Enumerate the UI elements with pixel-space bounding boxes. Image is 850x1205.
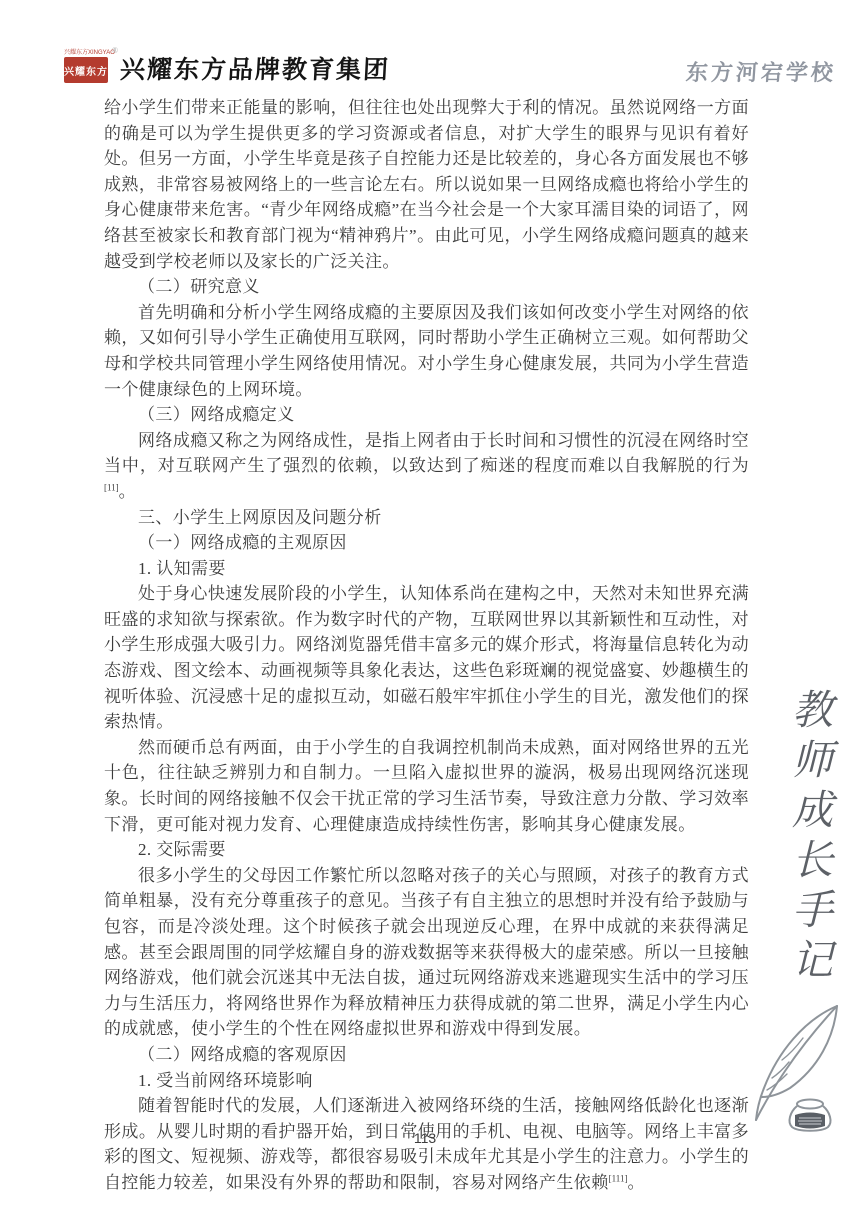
body-paragraph: 首先明确和分析小学生网络成瘾的主要原因及我们该如何改变小学生对网络的依赖，又如何…: [104, 300, 749, 402]
body-paragraph: 网络成瘾又称之为网络成性，是指上网者由于长时间和习惯性的沉浸在网络时空当中，对互…: [104, 428, 749, 505]
body-paragraph: 很多小学生的父母因工作繁忙所以忽略对孩子的关心与照顾，对孩子的教育方式简单粗暴，…: [104, 863, 749, 1042]
section-heading: （二）研究意义: [104, 274, 749, 300]
block-text: 然而硬币总有两面，由于小学生的自我调控机制尚未成熟，面对网络世界的五光十色，往往…: [104, 738, 749, 834]
block-text: 处于身心快速发展阶段的小学生，认知体系尚在建构之中，天然对未知世界充满旺盛的求知…: [104, 584, 749, 731]
registered-trademark-mark: ®: [112, 46, 118, 55]
section-heading: 三、小学生上网原因及问题分析: [104, 505, 749, 531]
section-heading: （一）网络成瘾的主观原因: [104, 530, 749, 556]
body-paragraph: 处于身心快速发展阶段的小学生，认知体系尚在建构之中，天然对未知世界充满旺盛的求知…: [104, 581, 749, 735]
body-paragraph: 给小学生们带来正能量的影响，但往往也处出现弊大于利的情况。虽然说网络一方面的确是…: [104, 95, 749, 274]
block-text: 1. 认知需要: [138, 559, 226, 578]
block-text: （二）研究意义: [138, 277, 260, 296]
page-number: 113: [0, 1130, 850, 1146]
block-text: 很多小学生的父母因工作繁忙所以忽略对孩子的关心与照顾，对孩子的教育方式简单粗暴，…: [104, 866, 749, 1039]
block-text: 网络成瘾又称之为网络成性，是指上网者由于长时间和习惯性的沉浸在网络时空当中，对互…: [104, 431, 749, 476]
section-heading: 1. 受当前网络环境影响: [104, 1068, 749, 1094]
block-text: 给小学生们带来正能量的影响，但往往也处出现弊大于利的情况。虽然说网络一方面的确是…: [104, 98, 749, 271]
block-text: （一）网络成瘾的主观原因: [138, 533, 347, 552]
block-text: 1. 受当前网络环境影响: [138, 1071, 313, 1090]
block-text: （三）网络成瘾定义: [138, 405, 295, 424]
seal-icon: 兴耀东方: [64, 57, 108, 83]
citation-superscript: [11]: [104, 482, 119, 492]
block-text: 三、小学生上网原因及问题分析: [138, 508, 382, 527]
brand-seal: 兴耀东方XINGYAO 兴耀东方 ®: [64, 50, 112, 83]
section-heading: 2. 交际需要: [104, 837, 749, 863]
citation-superscript: [111]: [609, 1173, 628, 1183]
block-text: 首先明确和分析小学生网络成瘾的主要原因及我们该如何改变小学生对网络的依赖，又如何…: [104, 303, 749, 399]
section-heading: 1. 认知需要: [104, 556, 749, 582]
block-text: （二）网络成瘾的客观原因: [138, 1045, 347, 1064]
brand-title: 兴耀东方品牌教育集团: [119, 58, 390, 83]
document-page: 兴耀东方XINGYAO 兴耀东方 ® 兴耀东方品牌教育集团 东方河宕学校 给小学…: [0, 0, 850, 1205]
quill-ink-icon: [742, 1000, 848, 1138]
brand-logo: 兴耀东方XINGYAO 兴耀东方 ® 兴耀东方品牌教育集团: [64, 50, 390, 83]
vertical-calligraphy-title: 教师成长手记: [780, 688, 839, 998]
section-heading: （二）网络成瘾的客观原因: [104, 1042, 749, 1068]
seal-top-text: 兴耀东方XINGYAO: [64, 50, 112, 57]
block-tail: 。: [119, 482, 136, 501]
section-heading: （三）网络成瘾定义: [104, 402, 749, 428]
body-paragraph: 然而硬币总有两面，由于小学生的自我调控机制尚未成熟，面对网络世界的五光十色，往往…: [104, 735, 749, 837]
document-body: 给小学生们带来正能量的影响，但往往也处出现弊大于利的情况。虽然说网络一方面的确是…: [104, 95, 749, 1196]
page-header: 兴耀东方XINGYAO 兴耀东方 ® 兴耀东方品牌教育集团 东方河宕学校: [64, 48, 836, 94]
block-tail: 。: [627, 1173, 644, 1192]
school-name: 东方河宕学校: [685, 56, 837, 87]
block-text: 2. 交际需要: [138, 840, 226, 859]
